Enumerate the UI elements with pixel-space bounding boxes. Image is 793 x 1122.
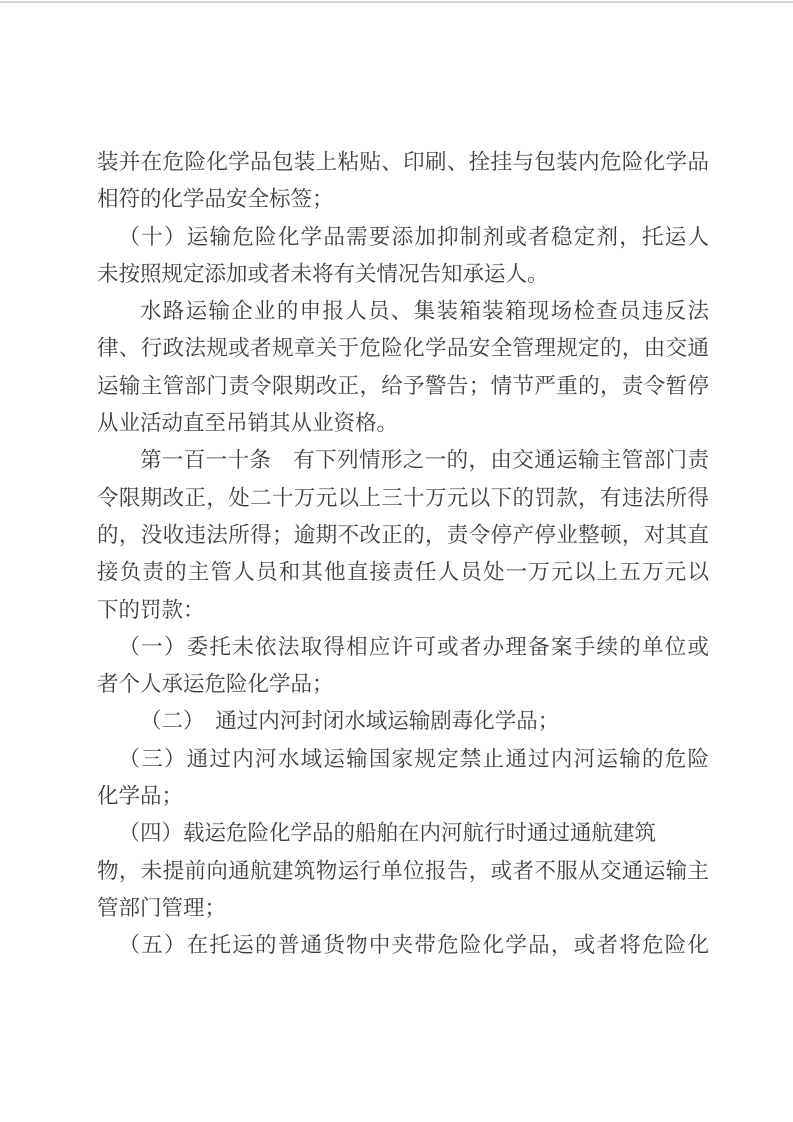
text-line: 第一百一十条 有下列情形之一的，由交通运输主管部门责 [97,442,709,479]
document-page: 装并在危险化学品包装上粘贴、印刷、拴挂与包装内危险化学品 相符的化学品安全标签；… [0,0,793,1122]
paragraph-item-5: （五）在托运的普通货物中夹带危险化学品，或者将危险化 [97,927,709,964]
paragraph-clause-continuation: 装并在危险化学品包装上粘贴、印刷、拴挂与包装内危险化学品 相符的化学品安全标签； [97,144,709,219]
text-line: （二） 通过内河封闭水域运输剧毒化学品； [97,703,709,740]
text-line: 律、行政法规或者规章关于危险化学品安全管理规定的，由交通 [97,330,709,367]
paragraph-waterway-enterprise: 水路运输企业的申报人员、集装箱装箱现场检查员违反法 律、行政法规或者规章关于危险… [97,293,709,442]
text-line: 相符的化学品安全标签； [97,181,709,218]
text-line: （一）委托未依法取得相应许可或者办理备案手续的单位或 [97,629,709,666]
text-line: 管部门管理； [97,890,709,927]
text-line: 令限期改正，处二十万元以上三十万元以下的罚款，有违法所得 [97,480,709,517]
text-line: （四）载运危险化学品的船舶在内河航行时通过通航建筑 [97,815,709,852]
text-line: 从业活动直至吊销其从业资格。 [97,405,709,442]
paragraph-item-4: （四）载运危险化学品的船舶在内河航行时通过通航建筑 物，未提前向通航建筑物运行单… [97,815,709,927]
text-line: 运输主管部门责令限期改正，给予警告；情节严重的，责令暂停 [97,368,709,405]
text-line: （十）运输危险化学品需要添加抑制剂或者稳定剂，托运人 [97,219,709,256]
text-line: （三）通过内河水域运输国家规定禁止通过内河运输的危险 [97,741,709,778]
text-line: 下的罚款： [97,592,709,629]
text-line: 的，没收违法所得；逾期不改正的，责令停产停业整顿，对其直 [97,517,709,554]
text-line: 水路运输企业的申报人员、集装箱装箱现场检查员违反法 [97,293,709,330]
paragraph-item-10: （十）运输危险化学品需要添加抑制剂或者稳定剂，托运人 未按照规定添加或者未将有关… [97,219,709,294]
paragraph-item-3: （三）通过内河水域运输国家规定禁止通过内河运输的危险 化学品； [97,741,709,816]
paragraph-item-1: （一）委托未依法取得相应许可或者办理备案手续的单位或 者个人承运危险化学品； [97,629,709,704]
scan-edge-line [0,1,793,3]
text-line: 物，未提前向通航建筑物运行单位报告，或者不服从交通运输主 [97,853,709,890]
text-line: 化学品； [97,778,709,815]
document-text-block: 装并在危险化学品包装上粘贴、印刷、拴挂与包装内危险化学品 相符的化学品安全标签；… [97,144,709,965]
text-line: 接负责的主管人员和其他直接责任人员处一万元以上五万元以 [97,554,709,591]
text-line: 者个人承运危险化学品； [97,666,709,703]
text-line: 装并在危险化学品包装上粘贴、印刷、拴挂与包装内危险化学品 [97,144,709,181]
text-line: （五）在托运的普通货物中夹带危险化学品，或者将危险化 [97,927,709,964]
paragraph-item-2: （二） 通过内河封闭水域运输剧毒化学品； [97,703,709,740]
text-line: 未按照规定添加或者未将有关情况告知承运人。 [97,256,709,293]
paragraph-article-110: 第一百一十条 有下列情形之一的，由交通运输主管部门责 令限期改正，处二十万元以上… [97,442,709,628]
